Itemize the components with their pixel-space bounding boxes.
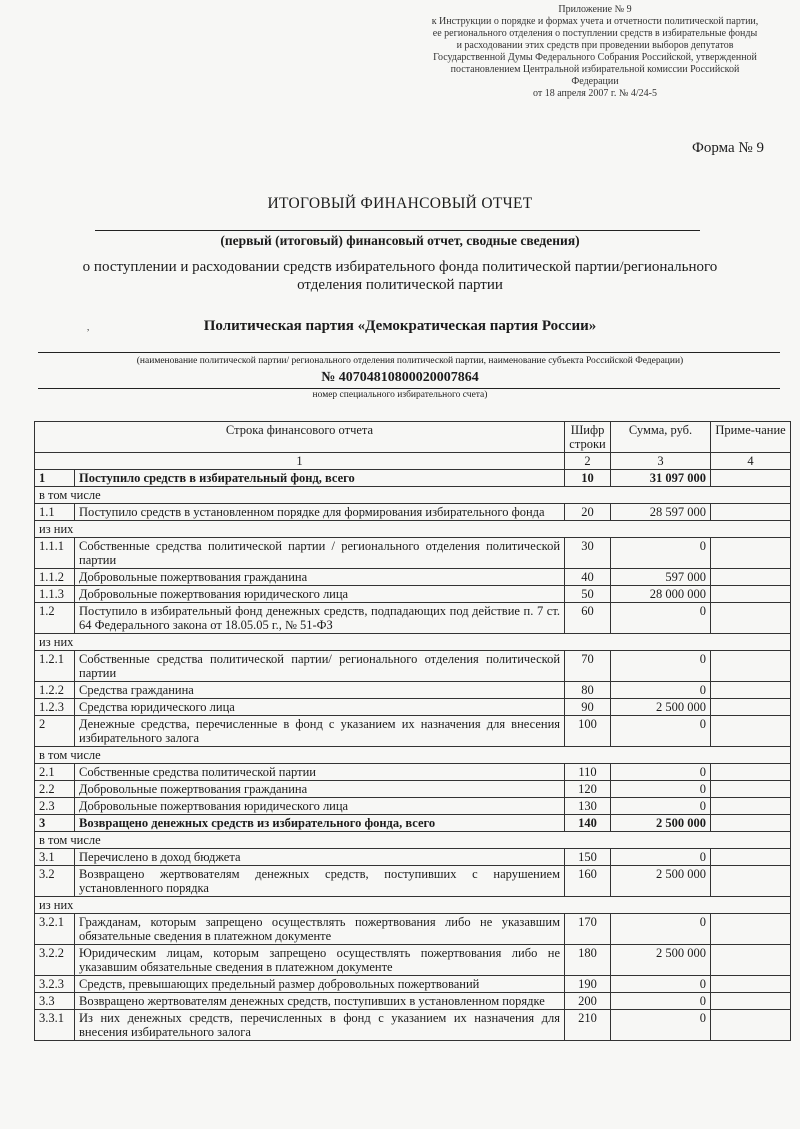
appendix-line: Федерации [390, 76, 800, 88]
row-code: 120 [565, 781, 611, 798]
appendix-line: от 18 апреля 2007 г. № 4/24-5 [390, 88, 800, 100]
row-sum: 0 [611, 764, 711, 781]
row-name: Собственные средства политической партии… [75, 651, 565, 682]
table-row: 2Денежные средства, перечисленные в фонд… [35, 716, 791, 747]
row-number: 1.1.3 [35, 586, 75, 603]
row-note [711, 866, 791, 897]
row-code: 170 [565, 914, 611, 945]
row-code: 180 [565, 945, 611, 976]
about-line-2: отделения политической партии [0, 276, 800, 294]
account-caption: номер специального избирательного счета) [0, 390, 800, 400]
financial-report-table: Строка финансового отчета Шифр строки Су… [34, 421, 791, 1041]
appendix-line: ее регионального отделения о поступлении… [390, 28, 800, 40]
subheading-text: в том числе [35, 832, 791, 849]
row-code: 90 [565, 699, 611, 716]
row-code: 100 [565, 716, 611, 747]
table-row: 1.1.3Добровольные пожертвования юридичес… [35, 586, 791, 603]
row-code: 10 [565, 470, 611, 487]
row-note [711, 781, 791, 798]
row-name: Поступило средств в избирательный фонд, … [75, 470, 565, 487]
row-number: 1.2.3 [35, 699, 75, 716]
row-note [711, 815, 791, 832]
row-sum: 31 097 000 [611, 470, 711, 487]
divider [38, 352, 780, 353]
row-note [711, 538, 791, 569]
table-subheading-row: из них [35, 897, 791, 914]
index-col-3: 3 [611, 453, 711, 470]
table-body: 1Поступило средств в избирательный фонд,… [35, 470, 791, 1041]
row-number: 3 [35, 815, 75, 832]
row-sum: 2 500 000 [611, 815, 711, 832]
table-row: 3.3.1Из них денежных средств, перечислен… [35, 1010, 791, 1041]
row-number: 3.3 [35, 993, 75, 1010]
row-name: Собственные средства политической партии… [75, 538, 565, 569]
row-code: 110 [565, 764, 611, 781]
row-number: 2.3 [35, 798, 75, 815]
subheading-text: из них [35, 521, 791, 538]
table-subheading-row: из них [35, 521, 791, 538]
table-row: 3.2.2Юридическим лицам, которым запрещен… [35, 945, 791, 976]
form-number: Форма № 9 [692, 140, 764, 157]
row-name: Перечислено в доход бюджета [75, 849, 565, 866]
row-note [711, 1010, 791, 1041]
row-number: 3.3.1 [35, 1010, 75, 1041]
table-subheading-row: в том числе [35, 487, 791, 504]
row-note [711, 651, 791, 682]
table-row: 3.2.3Средств, превышающих предельный раз… [35, 976, 791, 993]
row-sum: 0 [611, 538, 711, 569]
table-row: 1.1Поступило средств в установленном пор… [35, 504, 791, 521]
table-index-row: 1 2 3 4 [35, 453, 791, 470]
document-title: ИТОГОВЫЙ ФИНАНСОВЫЙ ОТЧЕТ [0, 195, 800, 213]
row-code: 80 [565, 682, 611, 699]
index-col-2: 2 [565, 453, 611, 470]
row-number: 3.2.1 [35, 914, 75, 945]
table-subheading-row: из них [35, 634, 791, 651]
row-sum: 0 [611, 682, 711, 699]
row-number: 1.2.1 [35, 651, 75, 682]
table-row: 3.2.1Гражданам, которым запрещено осущес… [35, 914, 791, 945]
row-code: 50 [565, 586, 611, 603]
table-subheading-row: в том числе [35, 832, 791, 849]
table-row: 2.3Добровольные пожертвования юридическо… [35, 798, 791, 815]
row-note [711, 993, 791, 1010]
index-col-4: 4 [711, 453, 791, 470]
row-sum: 2 500 000 [611, 699, 711, 716]
row-note [711, 976, 791, 993]
row-name: Возвращено денежных средств из избирател… [75, 815, 565, 832]
table-row: 1.2Поступило в избирательный фонд денежн… [35, 603, 791, 634]
row-note [711, 504, 791, 521]
table-row: 1.1.2Добровольные пожертвования граждани… [35, 569, 791, 586]
row-code: 200 [565, 993, 611, 1010]
row-name: Добровольные пожертвования юридического … [75, 586, 565, 603]
appendix-line: Приложение № 9 [390, 4, 800, 16]
row-number: 3.2.2 [35, 945, 75, 976]
appendix-line: постановлением Центральной избирательной… [390, 64, 800, 76]
row-sum: 597 000 [611, 569, 711, 586]
account-number: № 40704810800020007864 [0, 370, 800, 386]
header-note: Приме-чание [711, 422, 791, 453]
row-number: 2 [35, 716, 75, 747]
table-row: 1.2.2Средства гражданина800 [35, 682, 791, 699]
row-code: 150 [565, 849, 611, 866]
table-subheading-row: в том числе [35, 747, 791, 764]
row-number: 1.1.2 [35, 569, 75, 586]
row-name: Поступило средств в установленном порядк… [75, 504, 565, 521]
row-sum: 0 [611, 651, 711, 682]
row-note [711, 470, 791, 487]
appendix-line: и расходовании этих средств при проведен… [390, 40, 800, 52]
subheading-text: из них [35, 634, 791, 651]
index-col-1: 1 [35, 453, 565, 470]
row-name: Средств, превышающих предельный размер д… [75, 976, 565, 993]
row-name: Поступило в избирательный фонд денежных … [75, 603, 565, 634]
row-code: 20 [565, 504, 611, 521]
row-code: 160 [565, 866, 611, 897]
row-name: Добровольные пожертвования гражданина [75, 781, 565, 798]
about-line-1: о поступлении и расходовании средств изб… [0, 258, 800, 276]
table-row: 2.1Собственные средства политической пар… [35, 764, 791, 781]
row-note [711, 682, 791, 699]
row-name: Средства юридического лица [75, 699, 565, 716]
row-code: 130 [565, 798, 611, 815]
row-note [711, 699, 791, 716]
party-caption: (наименование политической партии/ регио… [40, 356, 780, 366]
row-code: 210 [565, 1010, 611, 1041]
table-row: 1.2.3Средства юридического лица902 500 0… [35, 699, 791, 716]
row-number: 2.1 [35, 764, 75, 781]
row-sum: 0 [611, 716, 711, 747]
row-sum: 2 500 000 [611, 945, 711, 976]
row-note [711, 914, 791, 945]
header-code: Шифр строки [565, 422, 611, 453]
row-code: 190 [565, 976, 611, 993]
row-note [711, 586, 791, 603]
row-code: 70 [565, 651, 611, 682]
row-sum: 28 000 000 [611, 586, 711, 603]
row-name: Добровольные пожертвования юридического … [75, 798, 565, 815]
document-about: о поступлении и расходовании средств изб… [0, 258, 800, 294]
subheading-text: в том числе [35, 487, 791, 504]
party-name: Политическая партия «Демократическая пар… [0, 318, 800, 335]
row-name: Юридическим лицам, которым запрещено осу… [75, 945, 565, 976]
row-number: 1.1 [35, 504, 75, 521]
appendix-line: к Инструкции о порядке и формах учета и … [390, 16, 800, 28]
table-row: 1Поступило средств в избирательный фонд,… [35, 470, 791, 487]
header-sum: Сумма, руб. [611, 422, 711, 453]
row-name: Возвращено жертвователям денежных средст… [75, 866, 565, 897]
row-number: 1 [35, 470, 75, 487]
row-sum: 0 [611, 993, 711, 1010]
row-note [711, 798, 791, 815]
row-note [711, 569, 791, 586]
row-number: 3.2 [35, 866, 75, 897]
subheading-text: из них [35, 897, 791, 914]
header-line: Строка финансового отчета [35, 422, 565, 453]
row-note [711, 764, 791, 781]
row-code: 40 [565, 569, 611, 586]
row-note [711, 945, 791, 976]
row-number: 1.2.2 [35, 682, 75, 699]
row-number: 1.2 [35, 603, 75, 634]
table-row: 3.2Возвращено жертвователям денежных сре… [35, 866, 791, 897]
row-name: Возвращено жертвователям денежных средст… [75, 993, 565, 1010]
row-number: 1.1.1 [35, 538, 75, 569]
row-code: 140 [565, 815, 611, 832]
table-row: 2.2Добровольные пожертвования гражданина… [35, 781, 791, 798]
row-number: 2.2 [35, 781, 75, 798]
divider [38, 388, 780, 389]
row-sum: 0 [611, 914, 711, 945]
row-sum: 0 [611, 603, 711, 634]
row-note [711, 603, 791, 634]
row-sum: 0 [611, 976, 711, 993]
divider [95, 230, 700, 231]
row-sum: 0 [611, 1010, 711, 1041]
table-header-row: Строка финансового отчета Шифр строки Су… [35, 422, 791, 453]
appendix-header: Приложение № 9 к Инструкции о порядке и … [390, 4, 800, 100]
row-sum: 0 [611, 849, 711, 866]
row-sum: 28 597 000 [611, 504, 711, 521]
row-sum: 0 [611, 798, 711, 815]
table-row: 1.1.1Собственные средства политической п… [35, 538, 791, 569]
row-sum: 2 500 000 [611, 866, 711, 897]
row-name: Денежные средства, перечисленные в фонд … [75, 716, 565, 747]
table-row: 3.1Перечислено в доход бюджета1500 [35, 849, 791, 866]
subheading-text: в том числе [35, 747, 791, 764]
row-note [711, 849, 791, 866]
table-row: 3.3Возвращено жертвователям денежных сре… [35, 993, 791, 1010]
row-code: 30 [565, 538, 611, 569]
row-sum: 0 [611, 781, 711, 798]
row-name: Добровольные пожертвования гражданина [75, 569, 565, 586]
row-name: Собственные средства политической партии [75, 764, 565, 781]
row-number: 3.2.3 [35, 976, 75, 993]
row-number: 3.1 [35, 849, 75, 866]
row-code: 60 [565, 603, 611, 634]
document-subtitle: (первый (итоговый) финансовый отчет, сво… [0, 233, 800, 249]
table-row: 1.2.1Собственные средства политической п… [35, 651, 791, 682]
appendix-line: Государственной Думы Федерального Собран… [390, 52, 800, 64]
row-name: Из них денежных средств, перечисленных в… [75, 1010, 565, 1041]
row-name: Гражданам, которым запрещено осуществлят… [75, 914, 565, 945]
row-name: Средства гражданина [75, 682, 565, 699]
row-note [711, 716, 791, 747]
table-row: 3Возвращено денежных средств из избирате… [35, 815, 791, 832]
